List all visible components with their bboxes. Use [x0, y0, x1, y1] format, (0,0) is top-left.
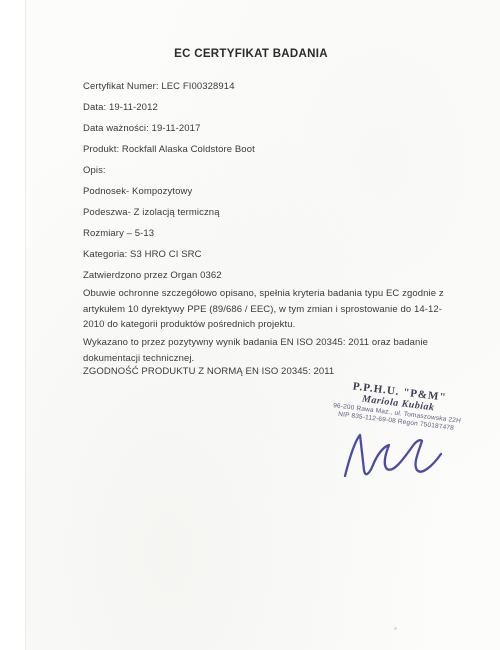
field-product: Produkt: Rockfall Alaska Coldstore Boot [83, 144, 255, 155]
paragraph-compliance: Obuwie ochronne szczegółowo opisano, spe… [83, 286, 461, 333]
field-description-label: Opis: [83, 165, 106, 176]
field-approved-by: Zatwierdzono przez Organ 0362 [83, 270, 222, 281]
field-date: Data: 19-11-2012 [83, 102, 158, 113]
field-category: Kategoria: S3 HRO CI SRC [83, 249, 202, 260]
field-certificate-number: Certyfikat Numer: LEC FI00328914 [83, 81, 235, 92]
scanned-certificate-page: EC CERTYFIKAT BADANIA Certyfikat Numer: … [25, 0, 500, 650]
certificate-title: EC CERTYFIKAT BADANIA [26, 48, 476, 60]
scan-artifact [394, 627, 397, 630]
field-sizes: Rozmiary – 5-13 [83, 228, 154, 239]
paragraph-test-result: Wykazano to przez pozytywny wynik badani… [83, 335, 461, 366]
field-validity-date: Data ważności: 19-11-2017 [83, 123, 200, 134]
handwritten-signature [339, 430, 451, 486]
field-toecap: Podnosek- Kompozytowy [83, 186, 192, 197]
field-sole: Podeszwa- Z izolacją termiczną [83, 207, 220, 218]
company-stamp: P.P.H.U. "P&M" Mariola Kubiak 96-200 Raw… [281, 372, 500, 439]
